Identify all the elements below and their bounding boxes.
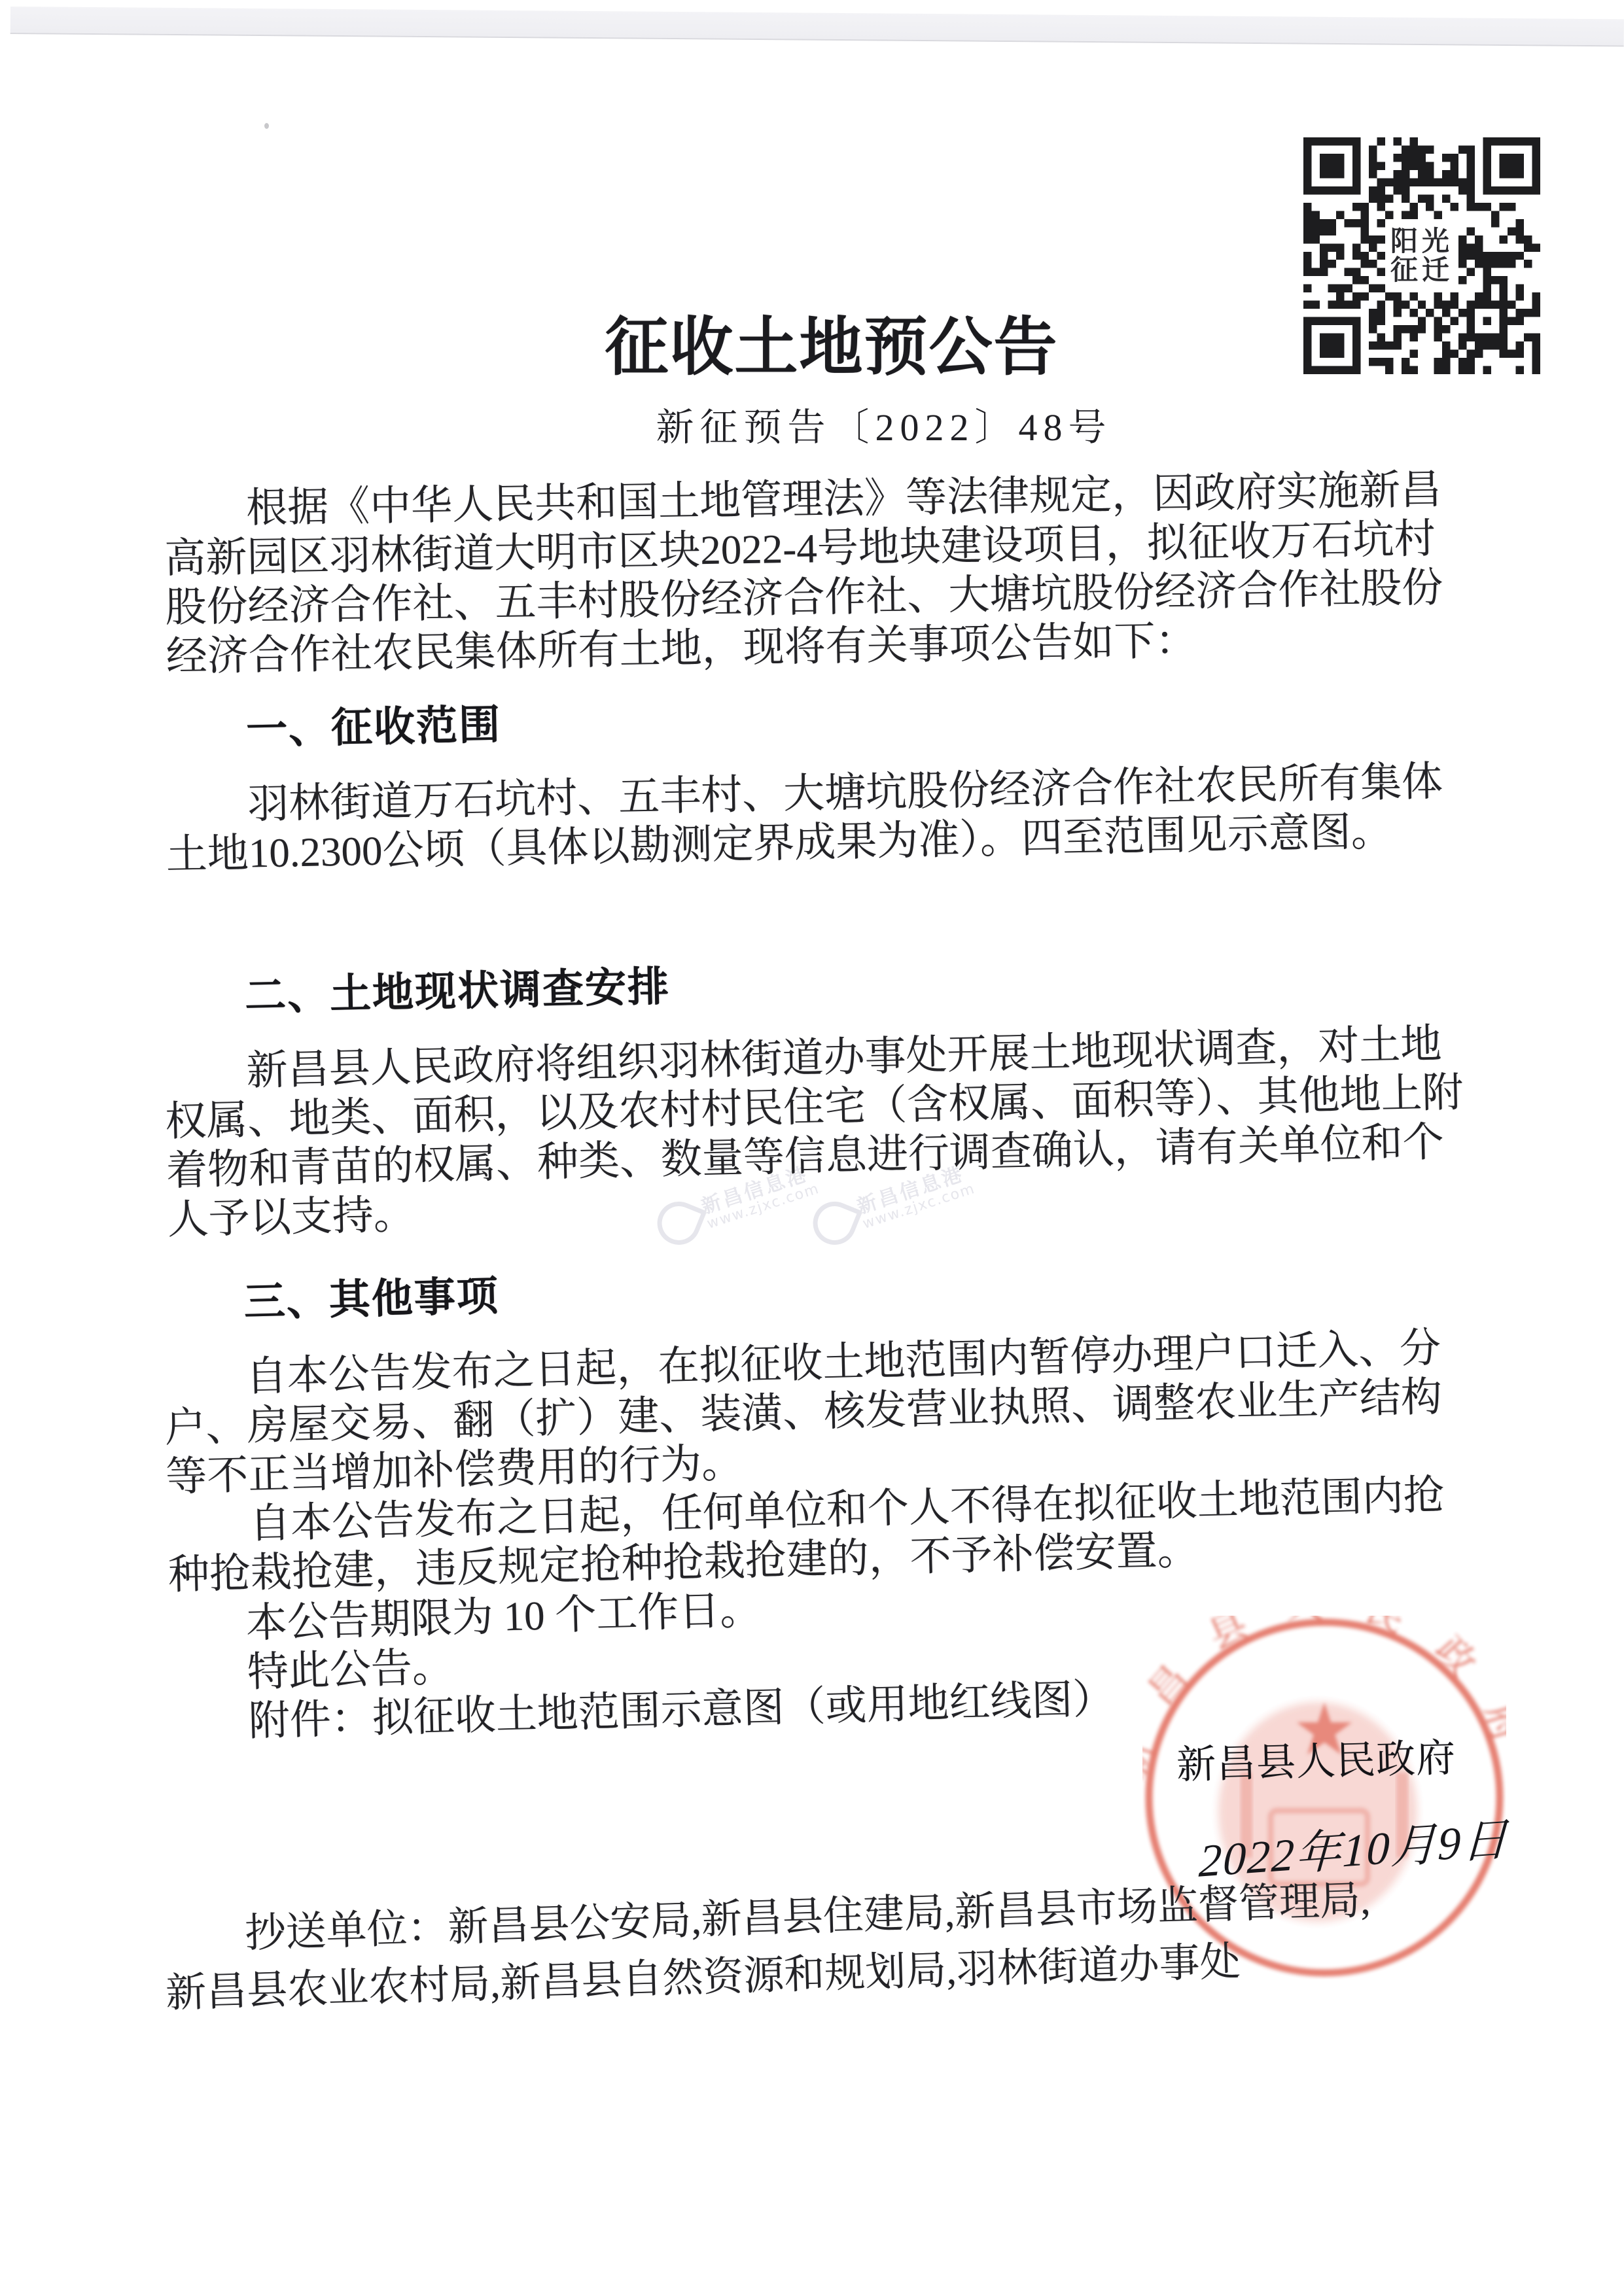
section-1: 一、征收范围 羽林街道万石坑村、五丰村、大塘坑股份经济合作社农民所有集体土地10…	[163, 682, 1470, 880]
qr-label-line1: 阳光	[1390, 227, 1453, 256]
document-number: 新征预告〔2022〕48号	[72, 396, 1624, 451]
section-1-paragraph: 羽林街道万石坑村、五丰村、大塘坑股份经济合作社农民所有集体土地10.2300公顷…	[165, 757, 1470, 880]
scan-artifact-band	[10, 7, 1624, 46]
qr-label-line2: 征迁	[1390, 256, 1453, 285]
intro-paragraph: 根据《中华人民共和国土地管理法》等法律规定，因政府实施新昌高新园区羽林街道大明市…	[164, 465, 1470, 682]
section-1-heading: 一、征收范围	[245, 682, 1467, 754]
qr-center-label: 阳光 征迁	[1385, 223, 1458, 288]
section-3-heading: 三、其他事项	[243, 1247, 1465, 1327]
section-2: 二、土地现状调查安排 新昌县人民政府将组织羽林街道办事处开展土地现状调查，对土地…	[162, 944, 1471, 1245]
cc-block: 抄送单位：新昌县公安局,新昌县住建局,新昌县市场监督管理局, 新昌县农业农村局,…	[163, 1868, 1494, 2023]
section-2-paragraph: 新昌县人民政府将组织羽林街道办事处开展土地现状调查，对土地权属、地类、面积，以及…	[164, 1019, 1471, 1245]
section-2-heading: 二、土地现状调查安排	[244, 944, 1466, 1020]
scan-speck	[264, 123, 269, 129]
intro-paragraph-block: 根据《中华人民共和国土地管理法》等法律规定，因政府实施新昌高新园区羽林街道大明市…	[164, 465, 1470, 682]
issuer-signature: 新昌县人民政府	[1176, 1726, 1456, 1790]
section-3: 三、其他事项 自本公告发布之日起，在拟征收土地范围内暂停办理户口迁入、分户、房屋…	[161, 1247, 1472, 1600]
document-title: 征收土地预公告	[20, 296, 1624, 387]
